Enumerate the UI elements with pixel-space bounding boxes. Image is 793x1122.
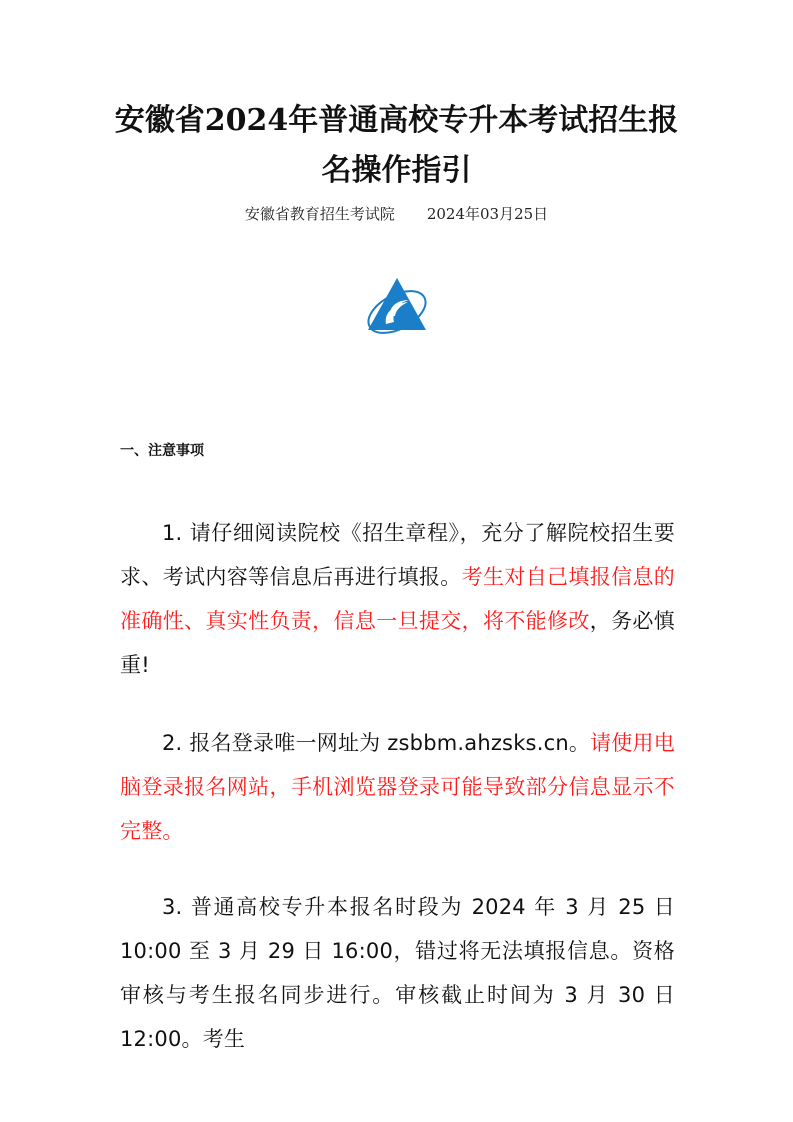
item-text: 普通高校专升本报名时段为 2024 年 3 月 25 日 10:00 至 3 月… <box>120 895 675 1051</box>
publisher: 安徽省教育招生考试院 <box>245 205 395 223</box>
byline: 安徽省教育招生考试院2024年03月25日 <box>0 203 793 224</box>
notice-item-1: 1. 请仔细阅读院校《招生章程》，充分了解院校招生要求、考试内容等信息后再进行填… <box>120 511 675 687</box>
item-number: 3. <box>162 895 182 919</box>
item-text: 报名登录唯一网址为 zsbbm.ahzsks.cn。 <box>189 731 590 755</box>
notice-item-2: 2. 报名登录唯一网址为 zsbbm.ahzsks.cn。请使用电脑登录报名网站… <box>120 721 675 853</box>
section-heading-notes: 一、注意事项 <box>120 440 204 460</box>
publish-date: 2024年03月25日 <box>427 205 548 223</box>
item-number: 1. <box>162 521 182 545</box>
document-title: 安徽省2024年普通高校专升本考试招生报 名操作指引 <box>0 96 793 196</box>
title-line-2: 名操作指引 <box>0 146 793 196</box>
notice-item-3: 3. 普通高校专升本报名时段为 2024 年 3 月 25 日 10:00 至 … <box>120 885 675 1061</box>
title-line-1: 安徽省2024年普通高校专升本考试招生报 <box>0 96 793 146</box>
item-number: 2. <box>162 731 182 755</box>
ahzsks-logo-icon <box>364 276 430 334</box>
